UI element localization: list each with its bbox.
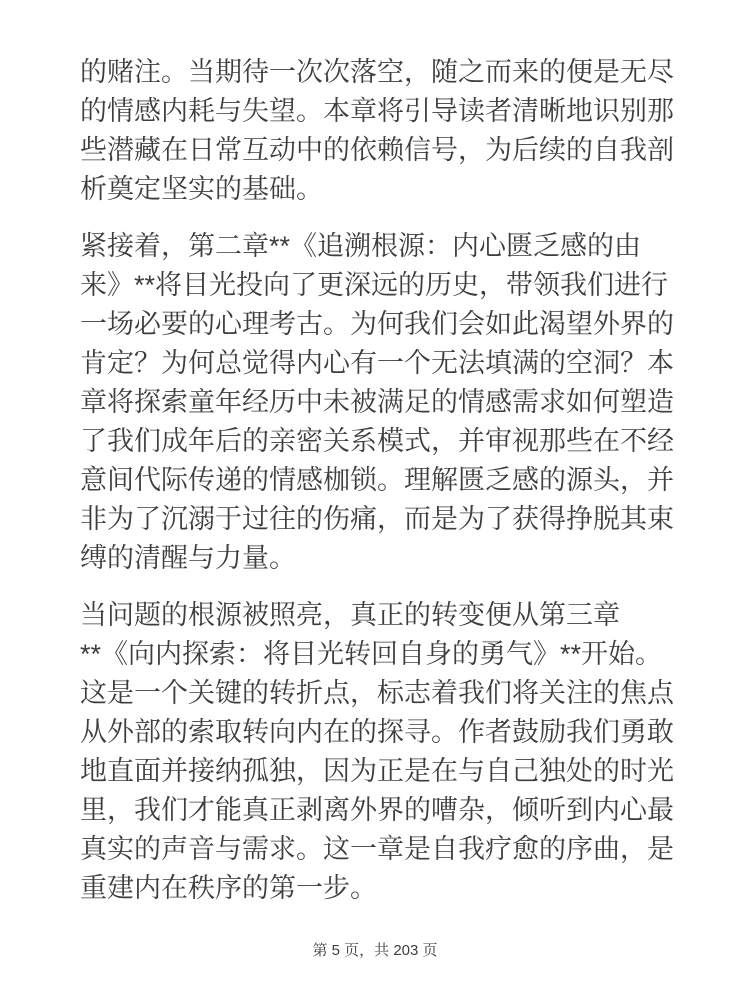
paragraph: 的赌注。当期待一次次落空，随之而来的便是无尽 的情感内耗与失望。本章将引导读者清…: [80, 53, 674, 209]
paragraph: 紧接着，第二章**《追溯根源：内心匮乏感的由 来》**将目光投向了更深远的历史，…: [80, 227, 674, 578]
document-body: 的赌注。当期待一次次落空，随之而来的便是无尽 的情感内耗与失望。本章将引导读者清…: [80, 53, 674, 926]
page-number-label: 第 5 页，共 203 页: [312, 942, 437, 959]
paragraph: 当问题的根源被照亮，真正的转变便从第三章 **《向内探索：将目光转回自身的勇气》…: [80, 596, 674, 908]
document-page: 的赌注。当期待一次次落空，随之而来的便是无尽 的情感内耗与失望。本章将引导读者清…: [0, 0, 750, 1000]
page-footer: 第 5 页，共 203 页: [0, 941, 750, 961]
